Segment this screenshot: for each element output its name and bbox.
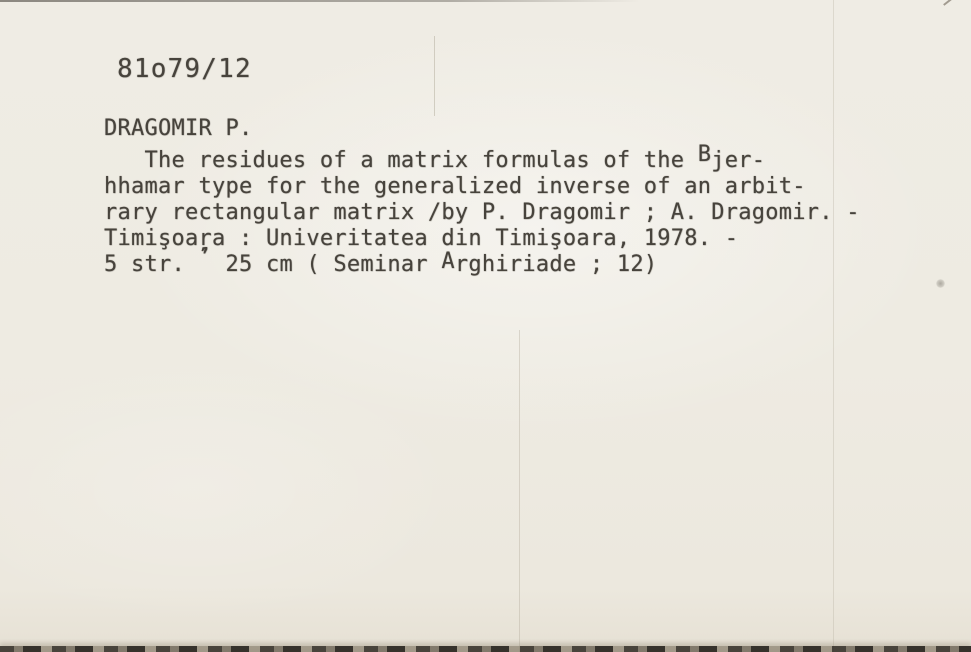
scan-scratch: [943, 0, 965, 6]
catalog-card: 81o79/12 DRAGOMIR P. The residues of a m…: [0, 0, 971, 652]
card-body-line: rary rectangular matrix /by P. Dragomir …: [104, 200, 860, 226]
card-body-line: Timişoaŗa : Univeritatea din Timişoara, …: [104, 226, 860, 252]
card-body-line: The residues of a matrix formulas of the…: [104, 148, 860, 174]
card-body-line: 5 str. ’ 25 cm ( Seminar Arghiriade ; 12…: [104, 252, 860, 278]
scan-speck: [936, 279, 945, 288]
card-body: The residues of a matrix formulas of the…: [104, 148, 860, 278]
author-heading: DRAGOMIR P.: [104, 116, 252, 142]
crease-line: [519, 330, 520, 652]
card-body-line: hhamar type for the generalized inverse …: [104, 174, 860, 200]
scan-edge-bottom: [0, 646, 971, 652]
call-number: 81o79/12: [117, 54, 252, 84]
crease-line: [833, 0, 834, 652]
scan-edge-top: [0, 0, 640, 2]
crease-line: [434, 36, 435, 116]
